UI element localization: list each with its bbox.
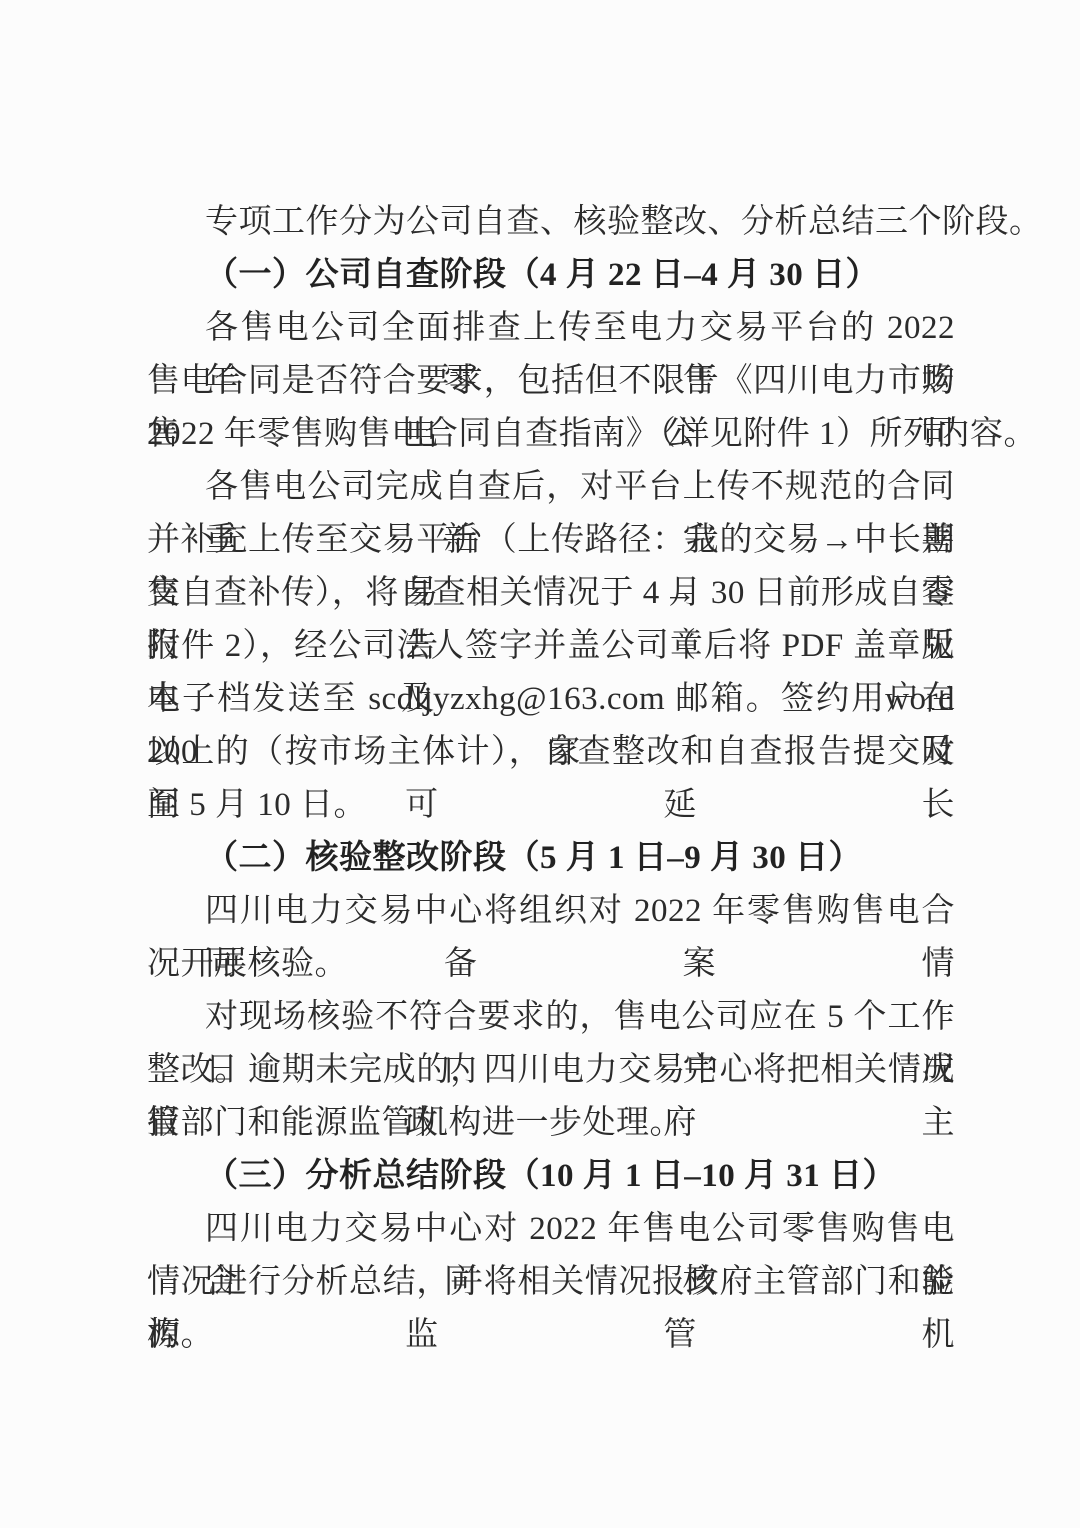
text-line: 对现场核验不符合要求的，售电公司应在 5 个工作日内完成 [147,991,955,1044]
document-body: 专项工作分为公司自查、核验整改、分析总结三个阶段。（一）公司自查阶段（4 月 2… [147,196,955,1362]
section-heading: （三）分析总结阶段（10 月 1 日–10 月 31 日） [147,1150,955,1203]
text-line: 附件 2），经公司法人签字并盖公司章后将 PDF 盖章版本及 word [147,620,955,673]
text-line: 并补充上传至交易平台（上传路径：我的交易→中长期交易→零 [147,514,955,567]
text-line: 各售电公司完成自查后，对平台上传不规范的合同重新完善 [147,461,955,514]
text-line: 以上的（按市场主体计），自查整改和自查报告提交时间可延长 [147,726,955,779]
text-line: 电子档发送至 scdljyzxhg@163.com 邮箱。签约用户在 200 家… [147,673,955,726]
section-heading: （二）核验整改阶段（5 月 1 日–9 月 30 日） [147,832,955,885]
text-line: 售电合同是否符合要求，包括但不限于《四川电力市场售电公司 [147,355,955,408]
text-line: 2022 年零售购售电合同自查指南》（详见附件 1）所列内容。 [147,408,955,461]
text-line: 情况进行分析总结，并将相关情况报政府主管部门和能源监管机 [147,1256,955,1309]
text-line: 四川电力交易中心对 2022 年售电公司零售购售电合同核验 [147,1203,955,1256]
text-line: 整改。逾期未完成的，四川电力交易中心将把相关情况报政府主 [147,1044,955,1097]
text-line: 专项工作分为公司自查、核验整改、分析总结三个阶段。 [147,196,955,249]
document-page: 专项工作分为公司自查、核验整改、分析总结三个阶段。（一）公司自查阶段（4 月 2… [0,0,1080,1528]
text-line: 四川电力交易中心将组织对 2022 年零售购售电合同备案情 [147,885,955,938]
text-line: 各售电公司全面排查上传至电力交易平台的 2022 年零售购 [147,302,955,355]
section-heading: （一）公司自查阶段（4 月 22 日–4 月 30 日） [147,249,955,302]
text-line: 售自查补传），将自查相关情况于 4 月 30 日前形成自查报告（见 [147,567,955,620]
